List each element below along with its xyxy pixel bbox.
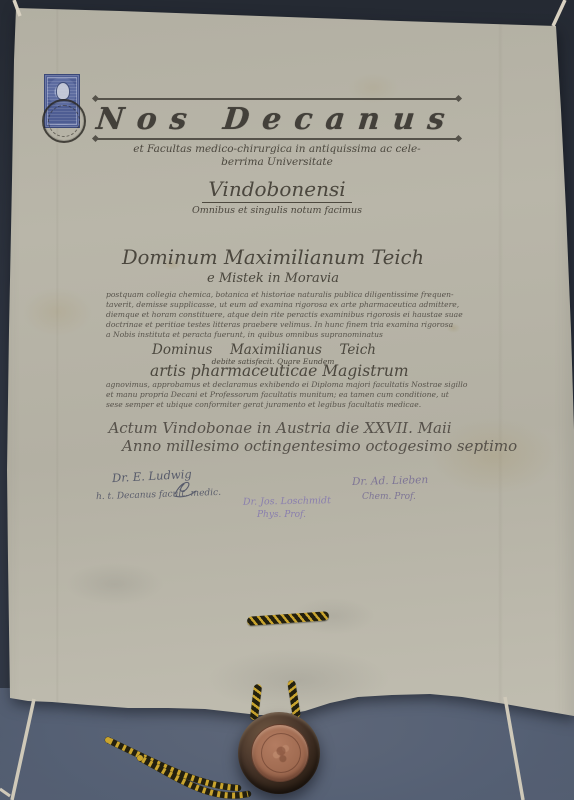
cord-tip xyxy=(105,737,111,743)
recipient-name: Dominum Maximilianum Teich xyxy=(100,246,446,269)
body-text-line: et manu propria Decani et Professorum fa… xyxy=(106,390,449,400)
body-text-line: agnovimus, approbamus et declaramus exhi… xyxy=(106,380,467,390)
wax-seal xyxy=(238,712,320,794)
conferral-name: Maximilianus xyxy=(230,342,322,358)
conferral-dominus: Dominus xyxy=(152,342,212,358)
diploma-title: Nos Decanus xyxy=(90,102,464,137)
university-name: Vindobonensi xyxy=(202,177,351,203)
signature-loschmidt-name: Dr. Jos. Loschmidt xyxy=(243,495,331,508)
body-text-line: sese semper et ubique conformiter gerat … xyxy=(106,400,421,410)
faculty-line-2: berrima Universitate xyxy=(102,156,452,168)
parchment-sheet: Nos Decanus et Facultas medico-chirurgic… xyxy=(0,0,574,800)
body-text-line: a Nobis instituta et peracta fuerunt, in… xyxy=(106,330,383,340)
cancellation-mark-inner-ring xyxy=(48,105,80,137)
notum-line: Omnibus et singulis notum facimus xyxy=(152,205,402,216)
signature-loschmidt-title: Phys. Prof. xyxy=(257,510,306,520)
revenue-stamp-emblem xyxy=(56,82,70,100)
signature-dean-title: h. t. Decanus facult. medic. xyxy=(96,488,221,502)
signature-lieben-title: Chem. Prof. xyxy=(362,492,416,502)
body-text-line: postquam collegia chemica, botanica et h… xyxy=(106,290,454,300)
conferral-name-row: Dominus Maximilianus Teich xyxy=(152,342,376,358)
body-text-line: taverit, demisse supplicasse, ut eum ad … xyxy=(106,300,459,310)
header-rule-top xyxy=(97,98,457,100)
university-name-wrap: Vindobonensi xyxy=(152,177,402,203)
seal-cord-threaded-segment xyxy=(247,611,329,626)
body-text-line: diemque et horam constituere, atque dein… xyxy=(106,310,463,320)
recipient-origin: e Mistek in Moravia xyxy=(150,271,396,286)
faculty-line-1: et Facultas medico-chirurgica in antiqui… xyxy=(102,143,452,155)
body-text-line: doctrinae et peritiae testes litteras pr… xyxy=(106,320,453,330)
header-rule-bottom xyxy=(97,138,457,140)
wax-seal-face xyxy=(251,724,309,782)
degree-line: artis pharmaceuticae Magistrum xyxy=(150,362,396,380)
cord-tip xyxy=(137,755,143,761)
cancellation-mark xyxy=(42,99,86,143)
datum-line-2: Anno millesimo octingentesimo octogesimo… xyxy=(122,437,438,455)
signature-lieben-name: Dr. Ad. Lieben xyxy=(352,474,428,488)
parchment-wrap: Nos Decanus et Facultas medico-chirurgic… xyxy=(0,0,574,800)
wax-seal-coat-of-arms xyxy=(261,733,301,773)
diploma-photograph: Nos Decanus et Facultas medico-chirurgic… xyxy=(0,0,574,800)
conferral-surname: Teich xyxy=(339,342,376,358)
datum-line-1: Actum Vindobonae in Austria die XXVII. M… xyxy=(108,419,452,437)
